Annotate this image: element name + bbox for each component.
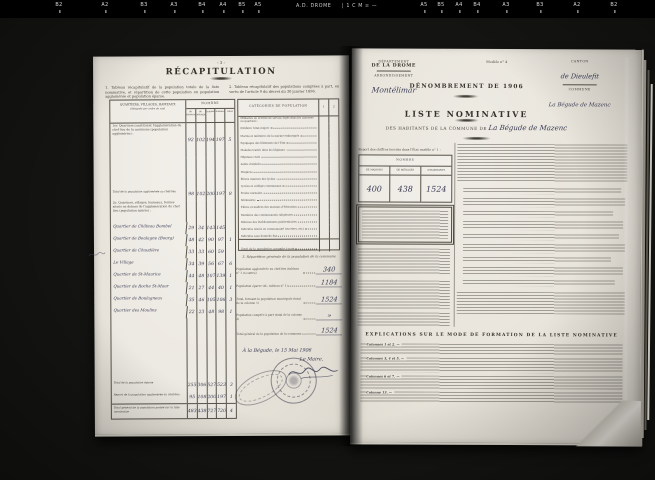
row-cell	[319, 174, 329, 181]
report-label: Report des chiffres inscrits dans l'État…	[358, 147, 452, 151]
row-value: 143	[205, 222, 215, 234]
row-value: 29	[187, 222, 196, 234]
table-row: Quartier des Moulins222348981	[111, 306, 235, 319]
row-cell	[328, 138, 338, 145]
row-value	[205, 157, 215, 188]
canton-label: CANTON	[534, 59, 626, 63]
row-value	[216, 318, 226, 379]
dotted-leader	[303, 273, 315, 274]
repartition-row: Population éparse (id., tableau n° 1)118…	[236, 274, 342, 288]
row-value: 105	[206, 294, 216, 306]
text-block	[358, 280, 450, 308]
row-label: Total de la population agglomérée au che…	[111, 189, 187, 201]
microfilm-ruler: B2A2B3A3B4A4B5A5 A.D. DROME | 1 C M ≡ — …	[0, 0, 655, 18]
row-value: 200	[205, 188, 215, 200]
row-value: 139	[216, 270, 226, 282]
row-cell	[329, 152, 339, 159]
intro-paragraph-1: 1. Tableau récapitulatif de la populatio…	[105, 85, 219, 100]
row-value: 97	[215, 234, 225, 246]
row-label: 1er. Quartiers constituant l'agglomérati…	[110, 123, 186, 157]
dotted-leader	[288, 149, 317, 150]
table-row: Quartier de Roche St-Maur212744401	[111, 282, 235, 295]
recapitulation-title: RÉCAPITULATION	[93, 66, 349, 77]
text-block	[457, 144, 627, 183]
row-label: Total général de la population portée su…	[112, 404, 188, 418]
row-label: Total de la population comptée à part	[239, 240, 319, 252]
row-cell	[319, 203, 329, 210]
dotted-leader	[295, 249, 317, 250]
dotted-leader	[289, 286, 316, 287]
row-value: 1524	[316, 295, 343, 304]
dotted-leader	[294, 214, 317, 215]
table-row: 2e. Quartiers, villages, hameaux, fermes…	[111, 200, 235, 223]
total-row: Total de la population comptée à part	[239, 239, 339, 253]
subtitle-text: DES HABITANTS DE LA COMMUNE DE	[386, 126, 487, 131]
row-value: 48	[206, 306, 216, 318]
colonnes-paragraph: Colonnes 3, 4 et 5. —	[360, 357, 622, 373]
row-cell	[329, 240, 339, 252]
ruler-label: B5	[437, 2, 444, 8]
paragraph-lead: Colonnes 1 et 2. —	[367, 342, 402, 346]
ruler-label: A2	[101, 2, 108, 8]
denombrement-title: DÉNOMBREMENT DE 1906	[392, 84, 542, 91]
nombre-value: 438	[389, 176, 420, 202]
row-value: 194	[205, 123, 215, 157]
paragraph-lead: Colonnes 6 et 7. —	[366, 374, 401, 378]
intro-paragraph-2: 2. Tableau récapitulatif des populations…	[229, 84, 339, 94]
column-number: 1	[318, 99, 328, 115]
dotted-leader	[298, 207, 317, 208]
table-row	[111, 318, 235, 379]
scan-streak	[622, 58, 630, 430]
row-cell	[329, 210, 339, 217]
table-header: QUARTIERS, VILLAGES, HAMEAUX (désignés p…	[110, 100, 234, 124]
row-value: 1524	[316, 326, 343, 335]
ruler-label: A5	[254, 2, 261, 8]
row-value: 1184	[316, 278, 343, 287]
row-label-text: Hospices	[241, 170, 253, 173]
colonnes-paragraph: Colonnes 6 et 7. —	[360, 375, 622, 389]
ruler-label: B4	[473, 2, 480, 8]
row-label: Report de la population agglomérée au ch…	[112, 391, 188, 403]
dotted-leader	[302, 334, 315, 335]
row-value: 108	[197, 391, 207, 403]
left-page-recapitulation: - 3 - RÉCAPITULATION 1. Tableau récapitu…	[93, 55, 351, 436]
row-value: 42	[196, 234, 206, 246]
text-block	[358, 312, 450, 326]
row-value: 720	[216, 404, 226, 418]
row-cell	[319, 217, 329, 224]
row-value: 1	[226, 306, 236, 318]
row-label-text: Équipages des bâtiments de l'État	[240, 141, 285, 144]
row-label: Quartier de Château Bombel	[110, 223, 187, 235]
nombre-value: 400	[359, 175, 389, 201]
row-value	[225, 246, 235, 258]
explications-title: EXPLICATIONS SUR LE MODE DE FORMATION DE…	[351, 332, 633, 338]
row-value: 3	[226, 379, 236, 391]
row-value: 44	[206, 282, 216, 294]
row-label: Quartier de St-Maurice	[111, 271, 188, 283]
text-block	[463, 234, 619, 241]
row-value: 60	[206, 246, 216, 258]
row-value: 56	[206, 258, 216, 270]
row-label-text: Lycées et collèges communaux	[241, 185, 282, 188]
column-number: 2	[328, 99, 338, 115]
row-value: 21	[187, 282, 196, 294]
row-cell	[319, 167, 329, 174]
row-cell	[329, 167, 339, 174]
table1-column-label: total	[224, 109, 234, 122]
row-value: 48	[196, 270, 206, 282]
row-label	[111, 319, 187, 380]
table-row: Total de la population éparse25530652752…	[112, 379, 236, 392]
row-value: 197	[216, 391, 226, 403]
row-label-text: Militaires en activité de service logés …	[240, 117, 315, 123]
row-value: 106	[216, 294, 226, 306]
row-value: 98	[187, 188, 196, 200]
text-block	[463, 188, 621, 195]
categories-table: CATÉGORIES DE POPULATION 1 2 Militaires …	[237, 98, 340, 251]
text-block	[463, 267, 623, 277]
commune-handwritten: La Bégude de Mazenc	[488, 124, 567, 132]
row-value: 35	[187, 294, 196, 306]
paragraph-lead: Colonnes 3, 4 et 5. —	[367, 356, 407, 360]
dotted-leader	[262, 164, 317, 165]
text-block	[463, 257, 611, 264]
row-value: 102	[195, 123, 205, 157]
row-value: 46	[196, 294, 206, 306]
row-value: 34	[196, 222, 206, 234]
row-label: Total de la population éparse	[112, 379, 188, 391]
table-row: Total de la population agglomérée au che…	[111, 188, 235, 201]
flourish	[450, 119, 484, 122]
dotted-leader	[270, 128, 316, 129]
table-row: Quartier de Boulagne (Bourg)484290971	[111, 234, 235, 247]
dotted-leader	[257, 200, 317, 201]
commune-value: La Bégude de Mazenc	[548, 102, 610, 108]
margin-annotation	[88, 249, 106, 261]
row-value	[206, 318, 216, 379]
row-value	[225, 157, 235, 188]
row-label: Quartier de Chaudière	[110, 247, 187, 259]
row-value: 107	[206, 270, 216, 282]
row-value: 23	[196, 306, 206, 318]
row-value: 44	[187, 270, 196, 282]
framed-notice	[358, 206, 452, 242]
flourish	[448, 95, 484, 98]
text-block	[463, 244, 625, 254]
ruler-scale-label: | 1 C M ≡ —	[342, 4, 377, 9]
row-cell	[329, 217, 339, 224]
dotted-leader	[305, 229, 317, 230]
row-label-text: (Déduire l'état-major)	[240, 127, 269, 130]
row-cell	[318, 131, 328, 138]
row-value: 67	[215, 258, 225, 270]
row-cell	[329, 174, 339, 181]
colonnes-paragraph: Colonnes 1 et 2. —	[361, 343, 623, 355]
dotted-leader	[261, 157, 316, 158]
row-cell	[329, 195, 339, 202]
row-value	[195, 157, 205, 188]
ruler-label: A4	[455, 2, 462, 8]
row-value: 39	[196, 258, 206, 270]
dotted-leader	[254, 171, 317, 172]
nombre-column-label: DE MÉNAGES	[389, 167, 420, 175]
row-value: 727	[206, 404, 216, 418]
dotted-leader	[282, 185, 316, 186]
archive-label: A.D. DROME	[296, 4, 331, 9]
row-value: 6	[225, 258, 235, 270]
ruler-label: B3	[536, 2, 543, 8]
row-label-text: Marins et militaires de la marine embarq…	[240, 134, 299, 137]
row-cell	[329, 203, 339, 210]
canton-commune-block: CANTON de Dieulefit COMMUNE La Bégude de…	[534, 59, 626, 110]
row-value: 483	[188, 404, 197, 418]
subtitle-line: DES HABITANTS DE LA COMMUNE DE La Bégude…	[352, 123, 602, 132]
divider	[377, 70, 411, 71]
text-block	[457, 292, 625, 315]
row-label-text: Total de la population comptée à part	[241, 247, 294, 251]
ruler-label: A3	[170, 2, 177, 8]
row-value: 33	[187, 246, 196, 258]
row-label-text: Asiles d'aliénés	[241, 163, 261, 166]
row-label-text: Individus sans domicile fixe	[241, 235, 277, 238]
table-row: Quartier de Boulagneux35461051063	[111, 294, 235, 307]
dotted-leader	[298, 221, 317, 222]
row-cell	[329, 224, 339, 231]
row-label-text: Individus réunis en communauté (ouvriers…	[241, 228, 304, 231]
row-value: 95	[188, 391, 197, 403]
paragraph-lead: Colonne 13. —	[366, 390, 394, 394]
row-value: 197	[215, 123, 225, 157]
row-value: 523	[216, 379, 226, 391]
row-value: 98	[216, 306, 226, 318]
ruler-label: B4	[198, 2, 205, 8]
row-value: 5	[225, 123, 235, 157]
row-cell	[318, 116, 328, 123]
row-label: Quartier de Boulagne (Bourg)	[110, 235, 187, 247]
row-value: 145	[215, 222, 225, 234]
departement-value: DE LA DROME	[359, 63, 429, 68]
row-value: 340	[316, 265, 343, 274]
nombre-column-label: DE MAISONS	[359, 166, 389, 174]
row-value: 1	[225, 234, 235, 246]
repartition-row: Population agglomérée au chef-lieu (tabl…	[236, 261, 342, 275]
dotted-leader	[278, 178, 317, 179]
table1-column-label: de maisons	[186, 109, 195, 122]
row-cell	[319, 240, 329, 252]
row-cell	[318, 138, 328, 145]
recap-table-quartiers: QUARTIERS, VILLAGES, HAMEAUX (désignés p…	[109, 99, 237, 420]
text-block	[362, 210, 448, 238]
row-value: 1	[225, 282, 235, 294]
flourish	[456, 137, 496, 140]
row-cell	[329, 160, 339, 167]
ruler-label: A5	[420, 2, 427, 8]
row-cell	[319, 152, 329, 159]
row-value	[215, 157, 225, 188]
repartition-row: Population comptée à part (total de la c…	[236, 304, 342, 321]
row-value	[187, 157, 196, 188]
row-value: 40	[216, 282, 226, 294]
row-label: Total, formant la population municipale …	[236, 298, 302, 305]
flourish	[205, 77, 237, 80]
row-label-text: Hôpitaux civils	[241, 156, 261, 159]
repartition-row: Total, formant la population municipale …	[236, 287, 342, 305]
row-value: 527	[206, 379, 216, 391]
repartition-title: 3. Répartition générale de la population…	[236, 254, 342, 259]
row-value: 90	[206, 234, 216, 246]
row-value	[187, 200, 196, 222]
row-label: 2e. Quartiers, villages, hameaux, fermes…	[111, 201, 187, 223]
microfilm-scan-frame: B2A2B3A3B4A4B5A5 A.D. DROME | 1 C M ≡ — …	[0, 0, 655, 480]
row-value	[225, 200, 235, 222]
row-cell	[319, 188, 329, 195]
ruler-label: B2	[55, 2, 62, 8]
row-label: Quartier de Boulagneux	[111, 295, 188, 307]
row-label-text: Séminaires	[241, 199, 256, 202]
table1-column-label: hommes	[205, 109, 215, 122]
dotted-leader	[300, 135, 316, 136]
repartition-generale: 3. Répartition générale de la population…	[236, 254, 342, 336]
text-block	[463, 221, 623, 231]
row-cell	[328, 145, 338, 152]
row-cell	[329, 231, 339, 238]
row-label: Population éparse (id., tableau n° 1)	[236, 284, 287, 288]
row-label: Le Village	[110, 259, 187, 271]
row-value: 8	[225, 188, 235, 200]
nombre-header: NOMBRE	[186, 100, 234, 109]
table-row	[111, 157, 235, 189]
nombre-header: NOMBRE	[359, 155, 451, 166]
row-cell	[318, 124, 328, 131]
row-value: 34	[187, 258, 196, 270]
text-block	[463, 198, 625, 208]
row-value: 48	[187, 234, 196, 246]
row-cell	[319, 160, 329, 167]
ruler-label: A4	[219, 2, 226, 8]
row-cell	[328, 131, 338, 138]
row-label: Population agglomérée au chef-lieu (tabl…	[236, 268, 302, 275]
row-label: Quartier de Roche St-Maur	[111, 283, 188, 295]
row-label: Total général de la population de la com…	[236, 332, 301, 336]
row-cell	[318, 145, 328, 152]
row-value: 22	[187, 306, 196, 318]
row-value: 438	[197, 404, 207, 418]
ruler-label: B2	[610, 2, 617, 8]
dotted-leader	[263, 193, 316, 194]
page-curl	[568, 400, 642, 446]
quartiers-header-text: QUARTIERS, VILLAGES, HAMEAUX	[120, 102, 176, 106]
row-value: 255	[188, 379, 197, 391]
table-row: 1er. Quartiers constituant l'agglomérati…	[110, 123, 234, 158]
colonnes-paragraphs: Colonnes 1 et 2. —Colonnes 3, 4 et 5. —C…	[360, 343, 622, 406]
page-number: - 3 -	[93, 59, 349, 65]
row-value: 92	[186, 123, 195, 157]
table-header: CATÉGORIES DE POPULATION 1 2	[238, 99, 338, 117]
liste-nominative-title: LISTE NOMINATIVE	[352, 108, 582, 119]
ruler-label: A3	[502, 2, 509, 8]
row-cell	[328, 124, 338, 131]
row-cell	[319, 196, 329, 203]
row-label-text: Membres des communautés religieuses	[241, 213, 293, 216]
departement-block: DÉPARTEMENT DE LA DROME ARRONDISSEMENT M…	[359, 59, 429, 96]
row-value: 306	[196, 379, 206, 391]
row-value	[187, 318, 196, 379]
row-label	[111, 157, 187, 189]
canton-value: de Dieulefit	[560, 72, 599, 80]
row-label-text: Élèves internes des lycées :	[241, 177, 277, 180]
quartiers-header: QUARTIERS, VILLAGES, HAMEAUX (désignés p…	[110, 100, 186, 122]
row-value: 200	[206, 391, 216, 403]
row-value: 59	[215, 246, 225, 258]
text-block	[463, 280, 615, 287]
row-value	[226, 318, 236, 379]
row-cell	[329, 188, 339, 195]
row-value	[205, 200, 215, 222]
arrondissement-label: ARRONDISSEMENT	[359, 73, 429, 77]
dotted-leader	[278, 236, 317, 237]
row-label-text: Détenus des établissements pénitentiaire…	[241, 220, 297, 223]
table-row: Total général de la population portée su…	[112, 403, 236, 419]
column-divider	[454, 143, 456, 327]
signature-date: À la Bégude, le 15 Mai 1906	[242, 349, 311, 354]
row-value: 102	[195, 188, 205, 200]
nombre-column-label: D'HABITANTS	[420, 167, 451, 175]
row-value	[225, 222, 235, 234]
right-page-liste-nominative: DÉPARTEMENT DE LA DROME ARRONDISSEMENT M…	[350, 48, 644, 445]
ruler-label: B3	[140, 2, 147, 8]
table1-column-label: de ménages	[195, 109, 205, 122]
row-cell	[319, 224, 329, 231]
row-value	[196, 200, 206, 222]
table1-column-label: femmes	[215, 109, 225, 122]
row-label: Quartier des Moulins	[111, 307, 188, 319]
row-value: 4	[226, 404, 236, 418]
quartiers-subheader-text: (désignés par ordre de rue)	[110, 107, 185, 111]
nombre-table: NOMBRE DE MAISONSDE MÉNAGESD'HABITANTS 4…	[358, 154, 452, 202]
table-row: Quartier de St-Maurice44481071391	[111, 270, 235, 283]
row-value: 1	[225, 270, 235, 282]
commune-label: COMMUNE	[534, 87, 626, 91]
table-row: Report de la population agglomérée au ch…	[112, 391, 236, 404]
text-block	[358, 248, 450, 274]
row-value: »	[316, 311, 343, 320]
table-row: Le Village343956676	[111, 258, 235, 271]
table-row: Quartier de Chaudière33336059	[111, 246, 235, 259]
row-label-text: Élèves et maîtres des maisons d'éducatio…	[241, 206, 297, 209]
row-value: 27	[196, 282, 206, 294]
categories-header: CATÉGORIES DE POPULATION	[238, 99, 318, 115]
row-value: 33	[196, 246, 206, 258]
dotted-leader	[303, 303, 315, 304]
table-row: Quartier de Château Bombel2934143145	[111, 222, 235, 235]
divider	[563, 84, 597, 85]
row-label: Population comptée à part (total de la c…	[236, 314, 302, 321]
ruler-label: B5	[238, 2, 245, 8]
row-label-text: Écoles normales	[241, 192, 263, 195]
ruler-label: A2	[573, 2, 580, 8]
repartition-row: Total général de la population de la com…	[236, 320, 342, 336]
nombre-value: 1524	[420, 176, 451, 202]
text-block	[463, 211, 613, 218]
row-cell	[319, 210, 329, 217]
row-value: 3	[225, 294, 235, 306]
row-label-text: Malades traités dans les hôpitaux :	[240, 149, 286, 152]
row-cell	[329, 181, 339, 188]
row-value: 197	[215, 188, 225, 200]
dotted-leader	[303, 319, 315, 320]
